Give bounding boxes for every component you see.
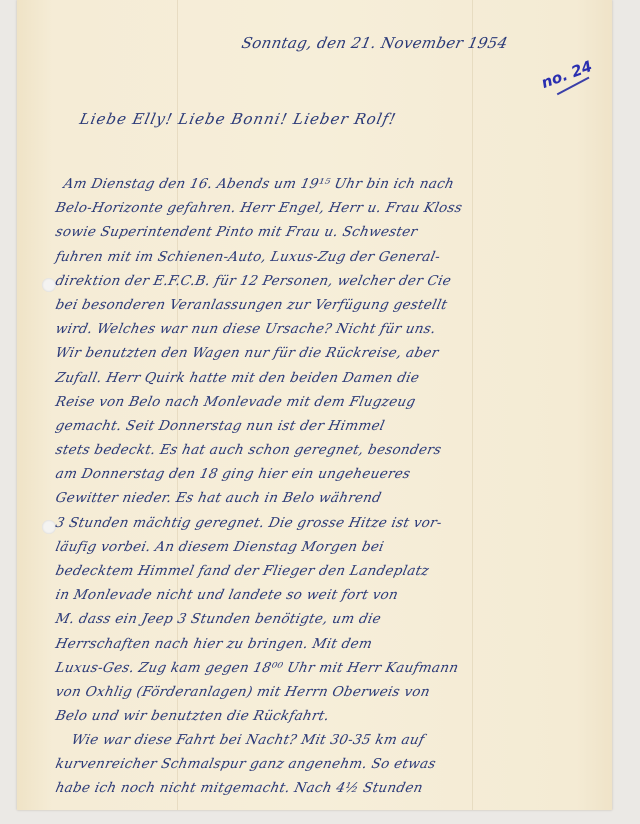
body-line: kurvenreicher Schmalspur ganz angenehm. … <box>54 756 437 772</box>
body-line: Am Dienstag den 16. Abends um 19¹⁵ Uhr b… <box>62 176 456 192</box>
body-line: Gewitter nieder. Es hat auch in Belo wäh… <box>54 490 383 506</box>
body-line: in Monlevade nicht und landete so weit f… <box>54 587 400 603</box>
salutation: Liebe Elly! Liebe Bonni! Lieber Rolf! <box>78 110 398 128</box>
body-line: 3 Stunden mächtig geregnet. Die grosse H… <box>54 515 443 531</box>
body-line: fuhren mit im Schienen-Auto, Luxus-Zug d… <box>54 249 442 265</box>
paper-fold <box>472 0 473 810</box>
body-line: bei besonderen Veranlassungen zur Verfüg… <box>54 297 449 313</box>
body-line: Belo und wir benutzten die Rückfahrt. <box>54 708 331 724</box>
date-line: Sonntag, den 21. November 1954 <box>240 34 509 52</box>
body-line: habe ich noch nicht mitgemacht. Nach 4½ … <box>54 780 424 796</box>
body-line: von Oxhlig (Förderanlagen) mit Herrn Obe… <box>54 684 432 700</box>
body-line: Belo-Horizonte gefahren. Herr Engel, Her… <box>54 200 464 216</box>
body-line: bedecktem Himmel fand der Flieger den La… <box>54 563 431 579</box>
body-line: Zufall. Herr Quirk hatte mit den beiden … <box>54 370 421 386</box>
body-line: M. dass ein Jeep 3 Stunden benötigte, um… <box>54 611 383 627</box>
body-line: sowie Superintendent Pinto mit Frau u. S… <box>54 224 419 240</box>
body-line: Wir benutzten den Wagen nur für die Rück… <box>54 345 440 361</box>
body-line: wird. Welches war nun diese Ursache? Nic… <box>54 321 437 337</box>
body-line: Wie war diese Fahrt bei Nacht? Mit 30-35… <box>70 732 426 748</box>
body-line: am Donnerstag den 18 ging hier ein ungeh… <box>54 466 412 482</box>
body-line: Herrschaften nach hier zu bringen. Mit d… <box>54 636 374 652</box>
body-line: direktion der E.F.C.B. für 12 Personen, … <box>54 273 453 289</box>
body-line: läufig vorbei. An diesem Dienstag Morgen… <box>54 539 385 555</box>
body-line: Luxus-Ges. Zug kam gegen 18⁰⁰ Uhr mit He… <box>54 660 460 676</box>
body-line: stets bedeckt. Es hat auch schon geregne… <box>54 442 443 458</box>
body-line: gemacht. Seit Donnerstag nun ist der Him… <box>54 418 386 434</box>
body-line: Reise von Belo nach Monlevade mit dem Fl… <box>54 394 417 410</box>
